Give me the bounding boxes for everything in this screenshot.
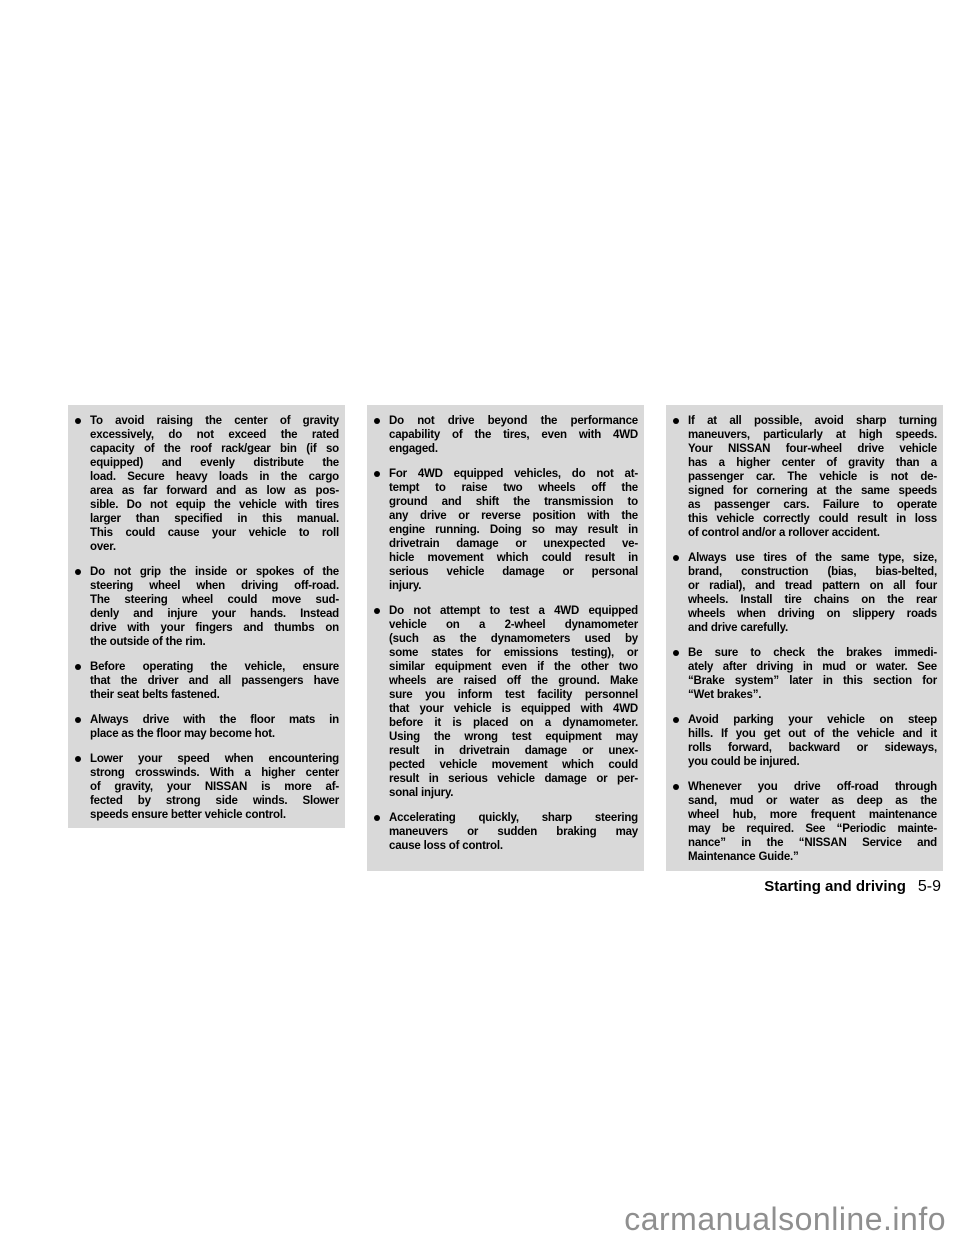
bullet-line: as passenger cars. Failure to operate bbox=[688, 498, 937, 512]
bullet-line: vehicle on a 2-wheel dynamometer bbox=[389, 618, 638, 632]
footer-page-number: 5-9 bbox=[918, 878, 941, 895]
bullet-line: drivetrain damage or unexpected ve- bbox=[389, 537, 638, 551]
bullet-line: this vehicle correctly could result in l… bbox=[688, 512, 937, 526]
bullet-line: wheels are raised off the ground. Make bbox=[389, 674, 638, 688]
bullet-line: If at all possible, avoid sharp turning bbox=[688, 414, 937, 428]
bullet-line: maneuvers, particularly at high speeds. bbox=[688, 428, 937, 442]
bullet-item: Always drive with the floor mats inplace… bbox=[75, 713, 339, 741]
bullet-icon bbox=[673, 780, 688, 864]
bullet-item: Avoid parking your vehicle on steephills… bbox=[673, 713, 937, 769]
bullet-line: and drive carefully. bbox=[688, 621, 937, 635]
bullet-line: brand, construction (bias, bias-belted, bbox=[688, 565, 937, 579]
bullet-line: maneuvers or sudden braking may bbox=[389, 825, 638, 839]
bullet-line: injury. bbox=[389, 579, 638, 593]
bullet-line: wheels. Install tire chains on the rear bbox=[688, 593, 937, 607]
bullet-line: you could be injured. bbox=[688, 755, 937, 769]
bullet-icon bbox=[75, 414, 90, 554]
bullet-icon bbox=[75, 660, 90, 702]
bullet-icon bbox=[75, 565, 90, 649]
bullet-line: strong crosswinds. With a higher center bbox=[90, 766, 339, 780]
bullet-line: place as the floor may become hot. bbox=[90, 727, 339, 741]
bullet-line: Before operating the vehicle, ensure bbox=[90, 660, 339, 674]
bullet-text: If at all possible, avoid sharp turningm… bbox=[688, 414, 937, 540]
bullet-text: Accelerating quickly, sharp steeringmane… bbox=[389, 811, 638, 853]
bullet-line: ately after driving in mud or water. See bbox=[688, 660, 937, 674]
bullet-line: sure you inform test facility personnel bbox=[389, 688, 638, 702]
bullet-line: (such as the dynamometers used by bbox=[389, 632, 638, 646]
bullet-line: Do not grip the inside or spokes of the bbox=[90, 565, 339, 579]
bullet-item: Do not drive beyond the performancecapab… bbox=[374, 414, 638, 456]
bullet-line: any drive or reverse position with the bbox=[389, 509, 638, 523]
bullet-line: speeds ensure better vehicle control. bbox=[90, 808, 339, 822]
bullet-line: some states for emissions testing), or bbox=[389, 646, 638, 660]
bullet-line: Be sure to check the brakes immedi- bbox=[688, 646, 937, 660]
bullet-line: sonal injury. bbox=[389, 786, 638, 800]
bullet-line: capacity of the roof rack/gear bin (if s… bbox=[90, 442, 339, 456]
bullet-line: serious vehicle damage or personal bbox=[389, 565, 638, 579]
bullet-line: passenger car. The vehicle is not de- bbox=[688, 470, 937, 484]
bullet-text: Do not grip the inside or spokes of thes… bbox=[90, 565, 339, 649]
bullet-line: Accelerating quickly, sharp steering bbox=[389, 811, 638, 825]
bullet-line: or radial), and tread pattern on all fou… bbox=[688, 579, 937, 593]
bullet-text: Do not attempt to test a 4WD equippedveh… bbox=[389, 604, 638, 800]
bullet-text: Whenever you drive off-road throughsand,… bbox=[688, 780, 937, 864]
bullet-text: For 4WD equipped vehicles, do not at-tem… bbox=[389, 467, 638, 593]
bullet-line: The steering wheel could move sud- bbox=[90, 593, 339, 607]
bullet-line: may be required. See “Periodic mainte- bbox=[688, 822, 937, 836]
bullet-line: of gravity, your NISSAN is more af- bbox=[90, 780, 339, 794]
bullet-line: Lower your speed when encountering bbox=[90, 752, 339, 766]
bullet-item: Always use tires of the same type, size,… bbox=[673, 551, 937, 635]
bullet-line: that the driver and all passengers have bbox=[90, 674, 339, 688]
page-footer: Starting and driving5-9 bbox=[764, 878, 941, 896]
bullet-line: Always drive with the floor mats in bbox=[90, 713, 339, 727]
bullet-line: area as far forward and as low as pos- bbox=[90, 484, 339, 498]
bullet-line: Always use tires of the same type, size, bbox=[688, 551, 937, 565]
bullet-icon bbox=[673, 414, 688, 540]
bullet-text: To avoid raising the center of gravityex… bbox=[90, 414, 339, 554]
bullet-line: hicle movement which could result in bbox=[389, 551, 638, 565]
bullet-icon bbox=[75, 713, 90, 741]
bullet-line: fected by strong side winds. Slower bbox=[90, 794, 339, 808]
bullet-item: Before operating the vehicle, ensurethat… bbox=[75, 660, 339, 702]
bullet-item: Lower your speed when encounteringstrong… bbox=[75, 752, 339, 822]
bullet-line: signed for cornering at the same speeds bbox=[688, 484, 937, 498]
footer-section-title: Starting and driving bbox=[764, 878, 906, 895]
bullet-line: steering wheel when driving off-road. bbox=[90, 579, 339, 593]
bullet-line: sible. Do not equip the vehicle with tir… bbox=[90, 498, 339, 512]
bullet-line: wheel hub, more frequent maintenance bbox=[688, 808, 937, 822]
bullet-line: Do not attempt to test a 4WD equipped bbox=[389, 604, 638, 618]
bullet-item: Accelerating quickly, sharp steeringmane… bbox=[374, 811, 638, 853]
bullet-line: load. Secure heavy loads in the cargo bbox=[90, 470, 339, 484]
bullet-item: For 4WD equipped vehicles, do not at-tem… bbox=[374, 467, 638, 593]
bullet-item: Whenever you drive off-road throughsand,… bbox=[673, 780, 937, 864]
bullet-line: their seat belts fastened. bbox=[90, 688, 339, 702]
bullet-icon bbox=[374, 604, 389, 800]
bullet-line: has a higher center of gravity than a bbox=[688, 456, 937, 470]
bullet-line: excessively, do not exceed the rated bbox=[90, 428, 339, 442]
bullet-line: Maintenance Guide.” bbox=[688, 850, 937, 864]
bullet-icon bbox=[673, 646, 688, 702]
bullet-line: capability of the tires, even with 4WD bbox=[389, 428, 638, 442]
bullet-text: Before operating the vehicle, ensurethat… bbox=[90, 660, 339, 702]
bullet-line: Your NISSAN four-wheel drive vehicle bbox=[688, 442, 937, 456]
bullet-line: tempt to raise two wheels off the bbox=[389, 481, 638, 495]
bullet-item: If at all possible, avoid sharp turningm… bbox=[673, 414, 937, 540]
bullet-line: larger than specified in this manual. bbox=[90, 512, 339, 526]
bullet-icon bbox=[673, 713, 688, 769]
bullet-icon bbox=[374, 811, 389, 853]
bullet-line: Whenever you drive off-road through bbox=[688, 780, 937, 794]
bullet-line: sand, mud or water as deep as the bbox=[688, 794, 937, 808]
bullet-line: Do not drive beyond the performance bbox=[389, 414, 638, 428]
bullet-item: Do not grip the inside or spokes of thes… bbox=[75, 565, 339, 649]
bullet-line: the outside of the rim. bbox=[90, 635, 339, 649]
bullet-line: of control and/or a rollover accident. bbox=[688, 526, 937, 540]
bullet-line: drive with your fingers and thumbs on bbox=[90, 621, 339, 635]
bullet-line: denly and injure your hands. Instead bbox=[90, 607, 339, 621]
bullet-icon bbox=[75, 752, 90, 822]
bullet-line: before it is placed on a dynamometer. bbox=[389, 716, 638, 730]
bullet-line: wheels when driving on slippery roads bbox=[688, 607, 937, 621]
bullet-icon bbox=[374, 414, 389, 456]
bullet-line: pected vehicle movement which could bbox=[389, 758, 638, 772]
bullet-line: engine running. Doing so may result in bbox=[389, 523, 638, 537]
bullet-line: “Brake system” later in this section for bbox=[688, 674, 937, 688]
bullet-line: equipped) and evenly distribute the bbox=[90, 456, 339, 470]
bullet-line: For 4WD equipped vehicles, do not at- bbox=[389, 467, 638, 481]
bullet-item: Be sure to check the brakes immedi-ately… bbox=[673, 646, 937, 702]
manual-page: To avoid raising the center of gravityex… bbox=[0, 0, 960, 1242]
bullet-line: that your vehicle is equipped with 4WD bbox=[389, 702, 638, 716]
warning-column-1: To avoid raising the center of gravityex… bbox=[68, 405, 345, 828]
bullet-icon bbox=[673, 551, 688, 635]
bullet-line: “Wet brakes”. bbox=[688, 688, 937, 702]
bullet-line: Avoid parking your vehicle on steep bbox=[688, 713, 937, 727]
bullet-line: engaged. bbox=[389, 442, 638, 456]
bullet-line: Using the wrong test equipment may bbox=[389, 730, 638, 744]
bullet-icon bbox=[374, 467, 389, 593]
bullet-item: Do not attempt to test a 4WD equippedveh… bbox=[374, 604, 638, 800]
bullet-line: cause loss of control. bbox=[389, 839, 638, 853]
bullet-line: similar equipment even if the other two bbox=[389, 660, 638, 674]
bullet-text: Lower your speed when encounteringstrong… bbox=[90, 752, 339, 822]
watermark: carmanualsonline.info bbox=[624, 1201, 946, 1238]
bullet-line: result in drivetrain damage or unex- bbox=[389, 744, 638, 758]
bullet-text: Always drive with the floor mats inplace… bbox=[90, 713, 339, 741]
bullet-line: over. bbox=[90, 540, 339, 554]
bullet-text: Always use tires of the same type, size,… bbox=[688, 551, 937, 635]
bullet-line: nance” in the “NISSAN Service and bbox=[688, 836, 937, 850]
warning-column-2: Do not drive beyond the performancecapab… bbox=[367, 405, 644, 871]
bullet-text: Do not drive beyond the performancecapab… bbox=[389, 414, 638, 456]
bullet-line: This could cause your vehicle to roll bbox=[90, 526, 339, 540]
bullet-line: result in serious vehicle damage or per- bbox=[389, 772, 638, 786]
bullet-line: rolls forward, backward or sideways, bbox=[688, 741, 937, 755]
bullet-item: To avoid raising the center of gravityex… bbox=[75, 414, 339, 554]
bullet-line: To avoid raising the center of gravity bbox=[90, 414, 339, 428]
warning-column-3: If at all possible, avoid sharp turningm… bbox=[666, 405, 943, 871]
bullet-line: ground and shift the transmission to bbox=[389, 495, 638, 509]
bullet-text: Avoid parking your vehicle on steephills… bbox=[688, 713, 937, 769]
bullet-line: hills. If you get out of the vehicle and… bbox=[688, 727, 937, 741]
bullet-text: Be sure to check the brakes immedi-ately… bbox=[688, 646, 937, 702]
